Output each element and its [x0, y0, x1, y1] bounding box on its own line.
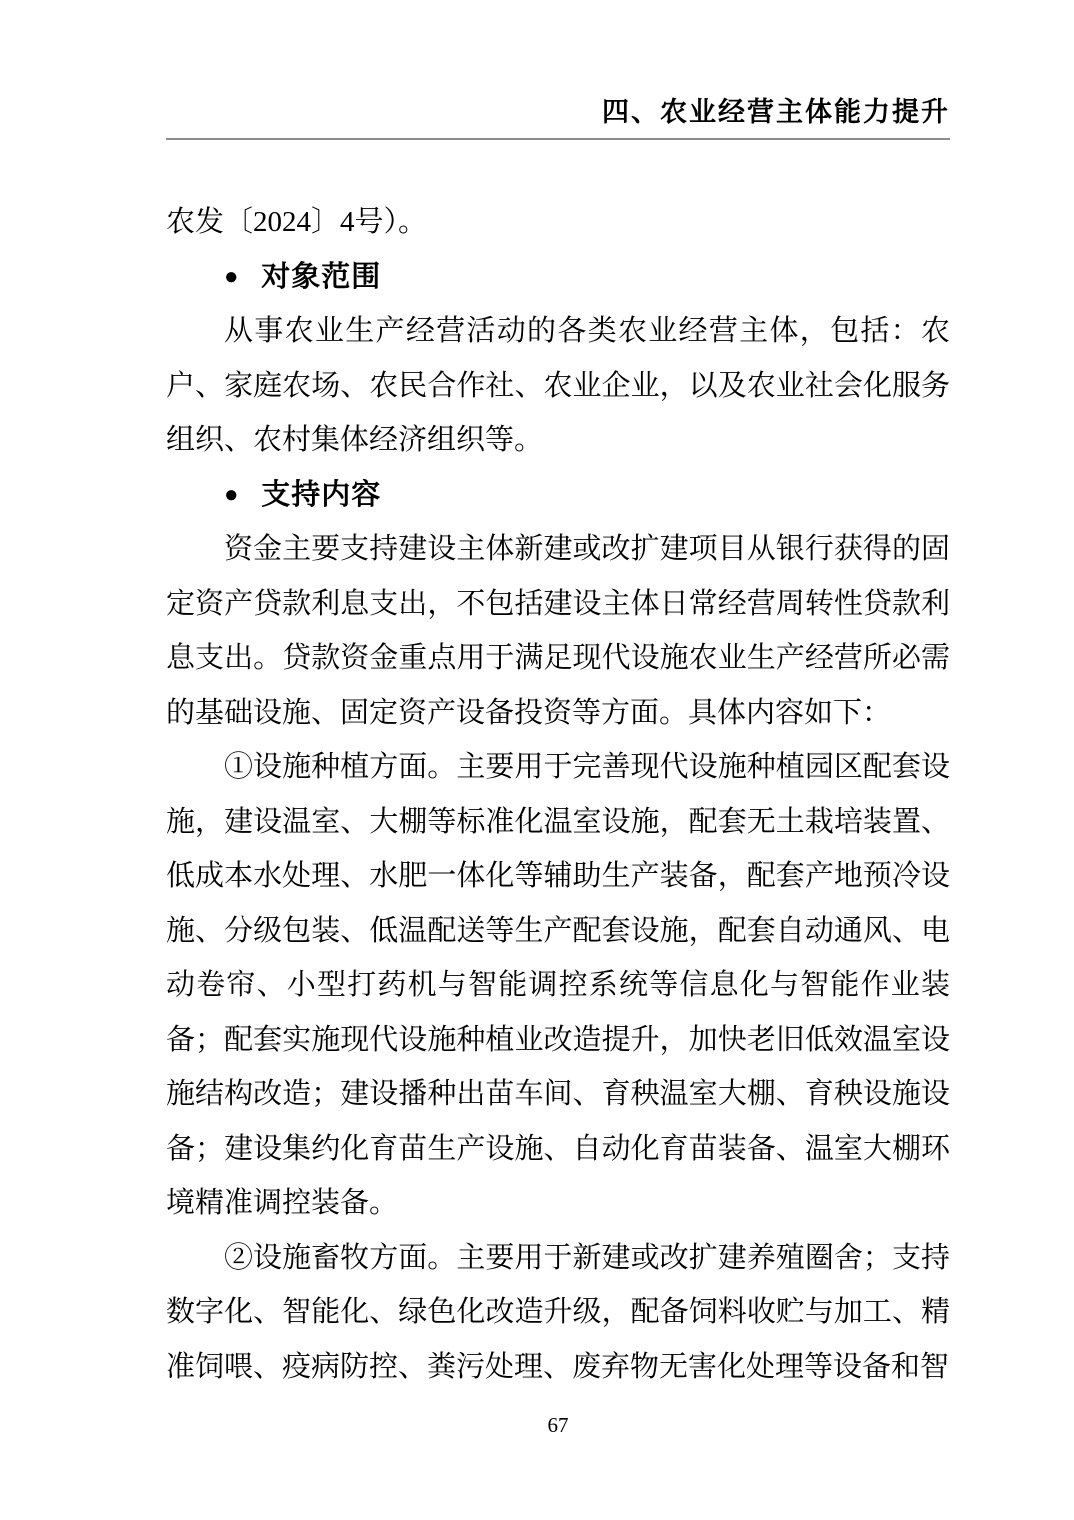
paragraph-intro-continuation: 农发〔2024〕4号）。	[166, 195, 950, 250]
running-header-title: 四、农业经营主体能力提升	[166, 96, 950, 128]
paragraph-scope-body: 从事农业生产经营活动的各类农业经营主体，包括：农户、家庭农场、农民合作社、农业企…	[166, 304, 950, 468]
section-heading-text: 支持内容	[261, 479, 381, 511]
paragraph-support-overview: 资金主要支持建设主体新建或改扩建项目从银行获得的固定资产贷款利息支出，不包括建设…	[166, 522, 950, 740]
document-page: 四、农业经营主体能力提升 农发〔2024〕4号）。 ●对象范围 从事农业生产经营…	[0, 0, 1074, 1520]
section-heading-support: ●支持内容	[166, 468, 950, 523]
section-heading-text: 对象范围	[261, 261, 381, 293]
header-rule	[166, 138, 950, 140]
page-header: 四、农业经营主体能力提升	[166, 96, 950, 140]
bullet-icon: ●	[224, 468, 239, 523]
document-body: 农发〔2024〕4号）。 ●对象范围 从事农业生产经营活动的各类农业经营主体，包…	[166, 195, 950, 1394]
page-number: 67	[166, 1412, 950, 1438]
page-footer: 67	[166, 1412, 950, 1438]
bullet-icon: ●	[224, 250, 239, 305]
section-heading-scope: ●对象范围	[166, 250, 950, 305]
paragraph-item-1-facility-planting: ①设施种植方面。主要用于完善现代设施种植园区配套设施，建设温室、大棚等标准化温室…	[166, 740, 950, 1231]
paragraph-item-2-facility-livestock: ②设施畜牧方面。主要用于新建或改扩建养殖圈舍；支持数字化、智能化、绿色化改造升级…	[166, 1231, 950, 1395]
